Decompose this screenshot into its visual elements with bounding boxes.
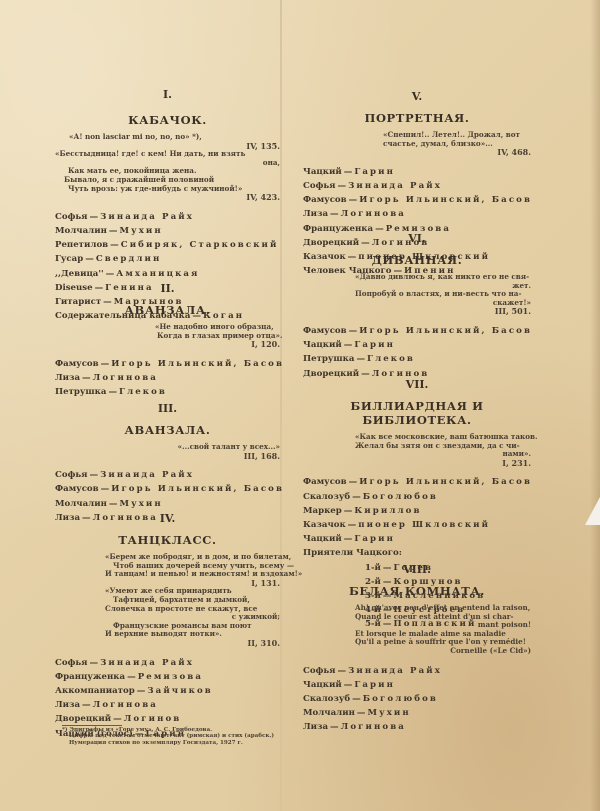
- act-number: VIII.: [303, 563, 531, 576]
- dash: —: [342, 167, 355, 177]
- cast-row: Софья—Зинаида Райх: [55, 210, 280, 224]
- role-name: Софья: [55, 212, 88, 222]
- role-name: ,,Девица'': [55, 269, 104, 279]
- footnote-line: Цифры под текстом отмечают: акт (римская…: [62, 733, 274, 739]
- footnote-line: Нумерация стихов по экземпляру Госиздата…: [62, 740, 274, 746]
- role-name: Аккомпаниатор: [55, 686, 135, 696]
- act-title: ТАНЦКЛАСС.: [55, 533, 280, 547]
- role-name: Фамусов: [55, 484, 99, 494]
- role-name: Чацкий: [303, 680, 342, 690]
- role-name: Лиза: [55, 373, 80, 383]
- cast-row: Петрушка—Глеков: [55, 385, 280, 399]
- page-edge-shadow: [590, 0, 600, 811]
- cast-row: Молчалин—Мухин: [303, 706, 531, 720]
- cast-row: Фамусов—Игорь Ильинский, Басов: [303, 324, 531, 338]
- act-number: II.: [55, 282, 280, 295]
- cast-row: Фамусов—Игорь Ильинский, Басов: [303, 193, 531, 207]
- role-name: Казачок: [303, 520, 346, 530]
- role-name: Маркер: [303, 506, 342, 516]
- role-name: Молчалин: [55, 499, 107, 509]
- actor-name: Гарин: [354, 534, 395, 544]
- actor-name: Гарин: [354, 680, 395, 690]
- actor-name: Мухин: [119, 499, 162, 509]
- act-section: IV.ТАНЦКЛАСС.«Берем же побродяг, и в дом…: [55, 512, 280, 741]
- verse-reference: I, 120.: [55, 340, 280, 349]
- cast-row: Софья—Зинаида Райх: [55, 656, 280, 670]
- dash: —: [108, 240, 121, 250]
- dash: —: [347, 195, 360, 205]
- actor-name: Боголюбов: [363, 694, 438, 704]
- dash: —: [80, 373, 93, 383]
- role-name: Фамусов: [303, 326, 347, 336]
- cast-row: Фамусов—Игорь Ильинский, Басов: [55, 482, 280, 496]
- actor-name: Зинаида Райх: [348, 181, 442, 191]
- cast-row: Аккомпаниатор—Зайчиков: [55, 684, 280, 698]
- paper-fold: [280, 0, 282, 811]
- dash: —: [88, 470, 101, 480]
- actor-name: Зинаида Райх: [100, 212, 194, 222]
- act-number: III.: [55, 402, 280, 415]
- epigraph-line: И танцам! и пенью! и нежностям! и вздоха…: [55, 570, 280, 579]
- dash: —: [88, 212, 101, 222]
- verse-reference: IV, 468.: [303, 148, 531, 157]
- epigraph: «Берем же побродяг, и в дом, и по билета…: [55, 553, 280, 648]
- actor-name: Логинова: [341, 209, 406, 219]
- dash: —: [111, 714, 124, 724]
- cast-row: Маркер—Кириллов: [303, 504, 531, 518]
- epigraph: «Не надобно иного образца,Когда в глазах…: [55, 323, 280, 349]
- act-title: АВАНЗАЛА.: [55, 303, 280, 317]
- cast-row: Чацкий—Гарин: [303, 678, 531, 692]
- paper-tear: [585, 497, 600, 525]
- actor-name: Амханицкая: [116, 269, 199, 279]
- act-title: БИЛЛИАРДНАЯ И БИБЛИОТЕКА.: [303, 399, 531, 427]
- role-name: Петрушка: [303, 354, 354, 364]
- act-number: VI.: [303, 232, 531, 245]
- verse-reference: III, 168.: [55, 452, 280, 461]
- act-title: ПОРТРЕТНАЯ.: [303, 111, 531, 125]
- actor-name: Глеков: [367, 354, 415, 364]
- epigraph-line: нами».: [303, 450, 531, 459]
- dash: —: [83, 254, 96, 264]
- dash: —: [350, 694, 363, 704]
- act-number: VII.: [303, 378, 531, 391]
- actor-name: Мухин: [119, 226, 162, 236]
- dash: —: [107, 226, 120, 236]
- actor-name: Логинова: [93, 700, 158, 710]
- dash: —: [342, 340, 355, 350]
- role-name: Скалозуб: [303, 694, 350, 704]
- verse-reference: I, 231.: [303, 459, 531, 468]
- cast-row: Чацкий—Гарин: [303, 165, 531, 179]
- actor-name: Боголюбов: [363, 492, 438, 502]
- epigraph: «...свой талант у всех...»III, 168.: [55, 443, 280, 460]
- dash: —: [328, 209, 341, 219]
- act-title: БЕЛАЯ КОМНАТА.: [303, 584, 531, 598]
- cast-row: Казачок—пионер Шкловский: [303, 518, 531, 532]
- actor-name: Гарин: [354, 167, 395, 177]
- actor-name: Игорь Ильинский, Басов: [359, 477, 532, 487]
- dash: —: [106, 387, 119, 397]
- role-name: Фамусов: [303, 477, 347, 487]
- actor-name: Логинова: [341, 722, 406, 732]
- role-name: Софья: [55, 658, 88, 668]
- role-name: Фамусов: [55, 359, 99, 369]
- role-name: Скалозуб: [303, 492, 350, 502]
- actor-name: Логинова: [93, 373, 158, 383]
- role-name: Лиза: [55, 700, 80, 710]
- dash: —: [342, 680, 355, 690]
- actor-name: Ремизова: [138, 672, 203, 682]
- cast-row: Скалозуб—Боголюбов: [303, 692, 531, 706]
- epigraph-line: И верхние выводят нотки».: [55, 630, 280, 639]
- friends-heading: Приятели Чацкого:: [303, 546, 531, 560]
- act-title: КАБАЧОК.: [55, 113, 280, 127]
- cast-row: Лиза—Логинова: [55, 371, 280, 385]
- actor-name: Мухин: [367, 708, 410, 718]
- dash: —: [347, 477, 360, 487]
- actor-name: Кириллов: [354, 506, 421, 516]
- cast-list: Фамусов—Игорь Ильинский, БасовЧацкий—Гар…: [303, 324, 531, 381]
- cast-row: Лиза—Логинова: [303, 720, 531, 734]
- epigraph: Ah! qu'avec peu d'effet on entend la rai…: [303, 604, 531, 656]
- cast-row: Софья—Зинаида Райх: [303, 664, 531, 678]
- act-section: II.АВАНЗАЛА.«Не надобно иного образца,Ко…: [55, 282, 280, 399]
- act-section: VIII.БЕЛАЯ КОМНАТА.Ah! qu'avec peu d'eff…: [303, 563, 531, 735]
- cast-row: Фамусов—Игорь Ильинский, Басов: [303, 475, 531, 489]
- dash: —: [354, 354, 367, 364]
- actor-name: Игорь Ильинский, Басов: [359, 195, 532, 205]
- cast-row: Гусар—Свердлин: [55, 252, 280, 266]
- cast-list: Фамусов—Игорь Ильинский, БасовЛиза—Логин…: [55, 357, 280, 400]
- epigraph-line: «Бесстыдница! где! с кем! Ни дать, ни вз…: [55, 150, 280, 159]
- footnote-rule: [62, 725, 122, 726]
- role-name: Чацкий: [303, 534, 342, 544]
- dash: —: [104, 269, 117, 279]
- role-name: Чацкий: [303, 340, 342, 350]
- verse-reference: II, 310.: [55, 639, 280, 648]
- cast-row: Чацкий—Гарин: [303, 338, 531, 352]
- dash: —: [107, 499, 120, 509]
- dash: —: [336, 181, 349, 191]
- verse-reference: IV, 423.: [55, 193, 280, 202]
- cast-row: Скалозуб—Боголюбов: [303, 490, 531, 504]
- dash: —: [350, 492, 363, 502]
- cast-row: Репетилов—Сибиряк, Старковский: [55, 238, 280, 252]
- cast-row: Чацкий—Гарин: [303, 532, 531, 546]
- cast-row: Лиза—Логинова: [303, 207, 531, 221]
- cast-list: Софья—Зинаида РайхЧацкий—ГаринСкалозуб—Б…: [303, 664, 531, 735]
- act-number: I.: [55, 88, 280, 101]
- dash: —: [347, 326, 360, 336]
- act-number: IV.: [55, 512, 280, 525]
- actor-name: пионер Шкловский: [358, 520, 490, 530]
- actor-name: Сибиряк, Старковский: [121, 240, 279, 250]
- dash: —: [99, 484, 112, 494]
- dash: —: [328, 722, 341, 732]
- footnote: *) Эпиграфы из «Горе уму», А. С. Грибоед…: [62, 727, 274, 746]
- dash: —: [88, 658, 101, 668]
- role-name: Лиза: [303, 209, 328, 219]
- epigraph-line: Когда в глазах пример отца».: [55, 332, 280, 341]
- act-title: ДИВАННАЯ.: [303, 253, 531, 267]
- actor-name: Зинаида Райх: [100, 470, 194, 480]
- dash: —: [346, 520, 359, 530]
- role-name: Софья: [55, 470, 88, 480]
- role-name: Петрушка: [55, 387, 106, 397]
- actor-name: Логинов: [124, 714, 182, 724]
- cast-row: ,,Девица''—Амханицкая: [55, 267, 280, 281]
- role-name: Репетилов: [55, 240, 108, 250]
- dash: —: [342, 506, 355, 516]
- epigraph: «Давно дивлюсь я, как никто его не свя-ж…: [303, 273, 531, 316]
- role-name: Фамусов: [303, 195, 347, 205]
- act-number: V.: [303, 90, 531, 103]
- dash: —: [99, 359, 112, 369]
- cast-row: Софья—Зинаида Райх: [55, 468, 280, 482]
- actor-name: Глеков: [119, 387, 167, 397]
- dash: —: [135, 686, 148, 696]
- dash: —: [80, 700, 93, 710]
- verse-reference: III, 501.: [303, 307, 531, 316]
- act-section: VI.ДИВАННАЯ.«Давно дивлюсь я, как никто …: [303, 232, 531, 381]
- actor-name: Зайчиков: [147, 686, 213, 696]
- actor-name: Гарин: [354, 340, 395, 350]
- role-name: Чацкий: [303, 167, 342, 177]
- role-name: Дворецкий: [55, 714, 111, 724]
- actor-name: Зинаида Райх: [100, 658, 194, 668]
- epigraph: «А! non lasciar mi no, no, no» *),IV, 13…: [55, 133, 280, 202]
- role-name: Софья: [303, 666, 336, 676]
- cast-row: Молчалин—Мухин: [55, 497, 280, 511]
- role-name: Молчалин: [303, 708, 355, 718]
- act-title: АВАНЗАЛА.: [55, 423, 280, 437]
- epigraph-line: Желал бы зятя он с звездами, да с чи-: [303, 442, 531, 451]
- dash: —: [336, 666, 349, 676]
- actor-name: Игорь Ильинский, Басов: [111, 359, 284, 369]
- role-name: Софья: [303, 181, 336, 191]
- dash: —: [125, 672, 138, 682]
- epigraph-line: Corneille («Le Cid»): [303, 647, 531, 656]
- actor-name: Игорь Ильинский, Басов: [111, 484, 284, 494]
- cast-row: Петрушка—Глеков: [303, 352, 531, 366]
- cast-row: Молчалин—Мухин: [55, 224, 280, 238]
- epigraph: «Спешил!.. Летел!.. Дрожал, вотсчастье, …: [303, 131, 531, 157]
- actor-name: Игорь Ильинский, Басов: [359, 326, 532, 336]
- epigraph-line: «Давно дивлюсь я, как никто его не свя-: [303, 273, 531, 282]
- cast-row: Фамусов—Игорь Ильинский, Басов: [55, 357, 280, 371]
- act-section: III.АВАНЗАЛА.«...свой талант у всех...»I…: [55, 402, 280, 525]
- role-name: Гусар: [55, 254, 83, 264]
- cast-row: Лиза—Логинова: [55, 698, 280, 712]
- cast-row: Софья—Зинаида Райх: [303, 179, 531, 193]
- dash: —: [355, 708, 368, 718]
- role-name: Молчалин: [55, 226, 107, 236]
- actor-name: Свердлин: [96, 254, 162, 264]
- cast-row: Француженка—Ремизова: [55, 670, 280, 684]
- role-name: Француженка: [55, 672, 125, 682]
- role-name: Лиза: [303, 722, 328, 732]
- actor-name: Зинаида Райх: [348, 666, 442, 676]
- dash: —: [342, 534, 355, 544]
- epigraph: «Как все московские, ваш батюшка таков.Ж…: [303, 433, 531, 467]
- program-page: I.КАБАЧОК.«А! non lasciar mi no, no, no»…: [0, 0, 600, 811]
